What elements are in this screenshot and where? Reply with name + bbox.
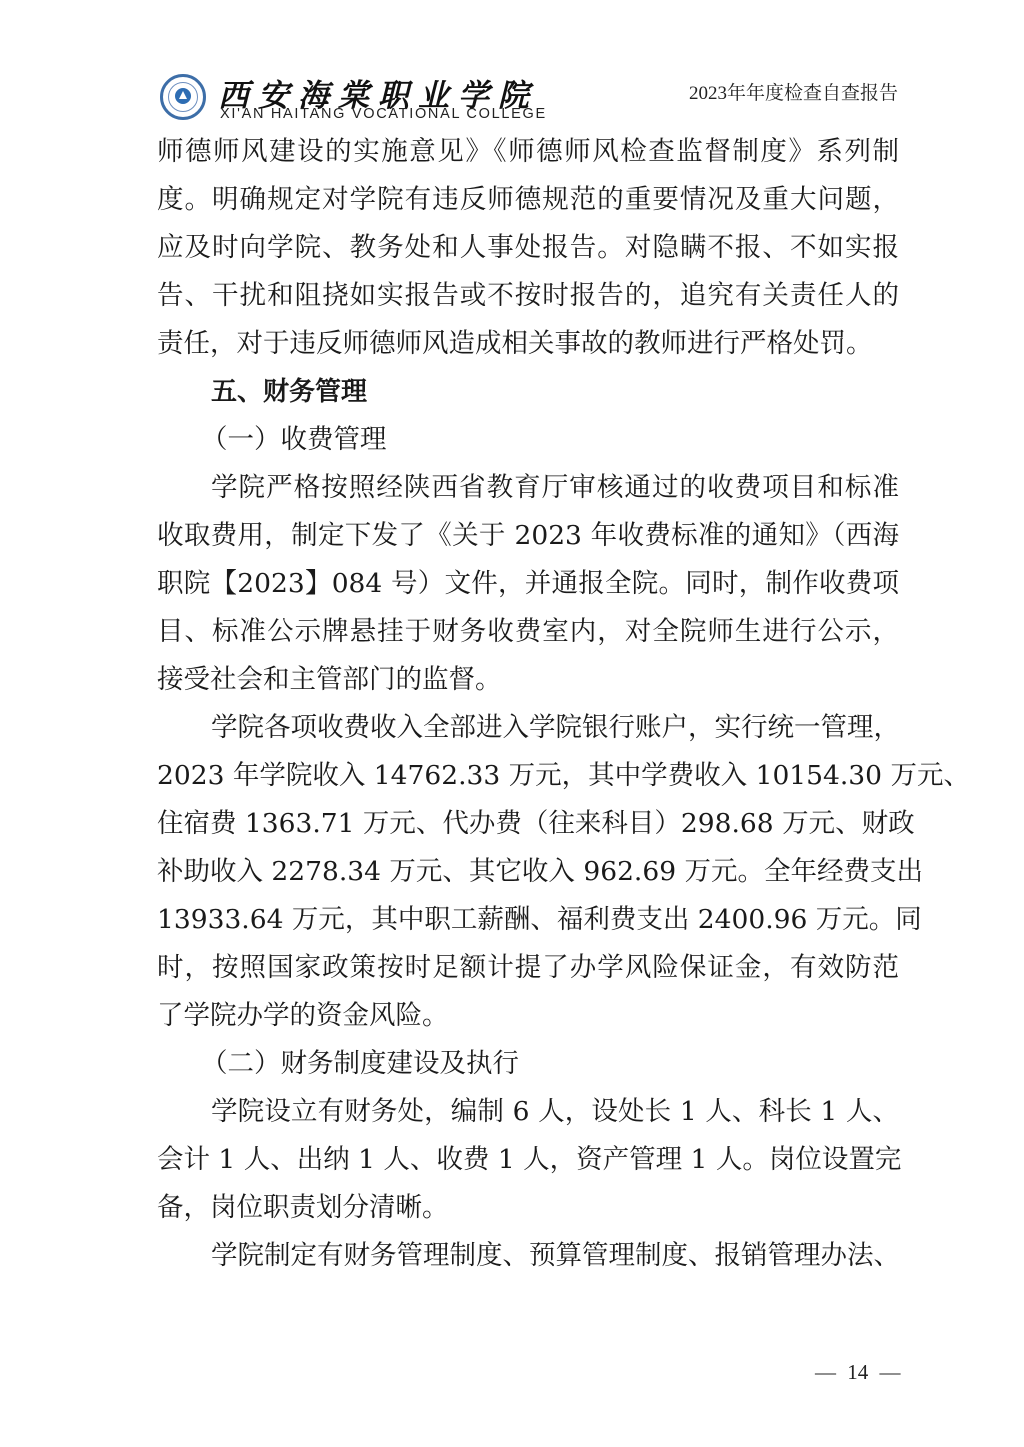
paragraph-line: 2023 年学院收入 14762.33 万元，其中学费收入 10154.30 万…: [157, 752, 899, 800]
paragraph-line: 学院严格按照经陕西省教育厅审核通过的收费项目和标准: [157, 464, 899, 512]
paragraph-line: 13933.64 万元，其中职工薪酬、福利费支出 2400.96 万元。同: [157, 896, 899, 944]
page-header: 西安海棠职业学院 XI'AN HAITANG VOCATIONAL COLLEG…: [158, 68, 898, 128]
paragraph-line: 了学院办学的资金风险。: [157, 992, 899, 1040]
body-line: 告、干扰和阻挠如实报告或不按时报告的，追究有关责任人的: [157, 272, 899, 320]
body-line: 应及时向学院、教务处和人事处报告。对隐瞒不报、不如实报: [157, 224, 899, 272]
paragraph-line: 住宿费 1363.71 万元、代办费（往来科目）298.68 万元、财政: [157, 800, 899, 848]
college-name-en: XI'AN HAITANG VOCATIONAL COLLEGE: [220, 106, 547, 122]
document-title: 2023年年度检查自查报告: [689, 78, 898, 105]
paragraph-line: 补助收入 2278.34 万元、其它收入 962.69 万元。全年经费支出: [157, 848, 899, 896]
paragraph-line: 收取费用，制定下发了《关于 2023 年收费标准的通知》（西海: [157, 512, 899, 560]
paragraph-line: 学院设立有财务处，编制 6 人，设处长 1 人、科长 1 人、: [157, 1088, 899, 1136]
body-line: 度。明确规定对学院有违反师德规范的重要情况及重大问题，: [157, 176, 899, 224]
paragraph-line: 目、标准公示牌悬挂于财务收费室内，对全院师生进行公示，: [157, 608, 899, 656]
section-title: 五、财务管理: [157, 368, 899, 416]
page-number: — 14 —: [815, 1360, 901, 1385]
paragraph-line: 会计 1 人、出纳 1 人、收费 1 人，资产管理 1 人。岗位设置完: [157, 1136, 899, 1184]
body-line: 责任，对于违反师德师风造成相关事故的教师进行严格处罚。: [157, 320, 899, 368]
paragraph-line: 职院【2023】084 号）文件，并通报全院。同时，制作收费项: [157, 560, 899, 608]
paragraph-line: 学院制定有财务管理制度、预算管理制度、报销管理办法、: [157, 1232, 899, 1280]
paragraph-line: 接受社会和主管部门的监督。: [157, 656, 899, 704]
subsection-title: （一）收费管理: [157, 416, 899, 464]
body-line: 师德师风建设的实施意见》《师德师风检查监督制度》系列制: [157, 128, 899, 176]
page-body: 师德师风建设的实施意见》《师德师风检查监督制度》系列制 度。明确规定对学院有违反…: [157, 128, 899, 1280]
paragraph-line: 时，按照国家政策按时足额计提了办学风险保证金，有效防范: [157, 944, 899, 992]
subsection-title: （二）财务制度建设及执行: [157, 1040, 899, 1088]
paragraph-line: 备，岗位职责划分清晰。: [157, 1184, 899, 1232]
paragraph-line: 学院各项收费收入全部进入学院银行账户，实行统一管理，: [157, 704, 899, 752]
college-seal-icon: [160, 74, 206, 120]
